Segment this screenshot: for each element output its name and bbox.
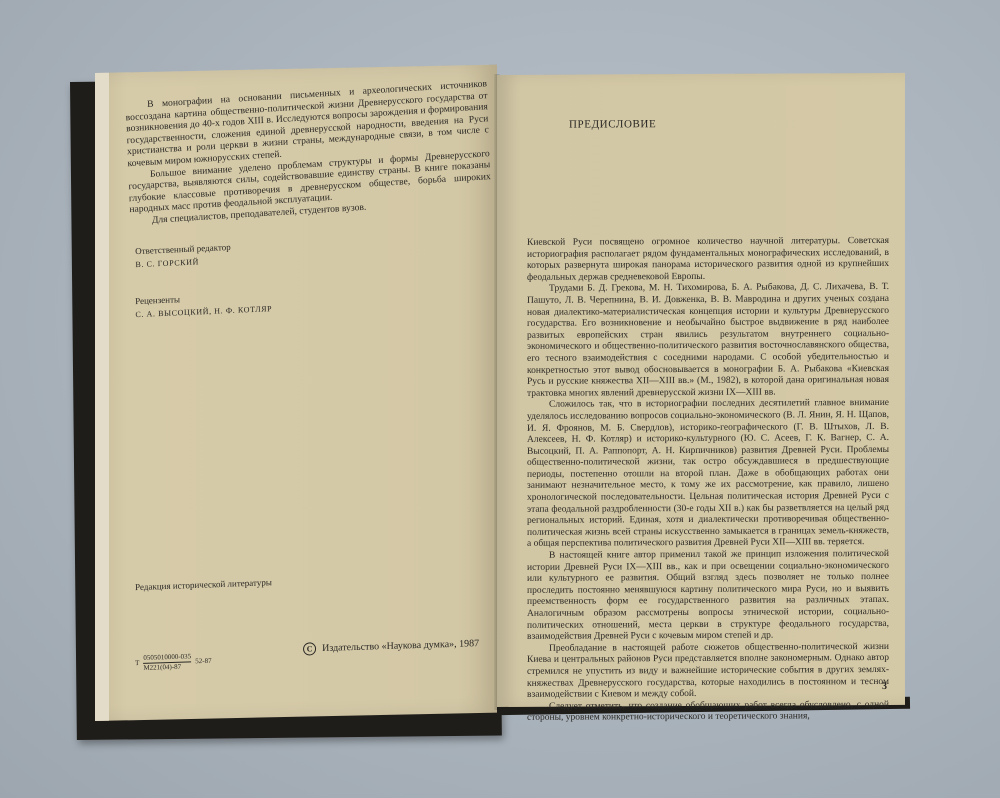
right-page: ПРЕДИСЛОВИЕ Киевской Руси посвящено огро…	[497, 73, 905, 707]
page-title: ПРЕДИСЛОВИЕ	[569, 118, 656, 130]
code-suffix: 52-87	[195, 657, 211, 666]
copyright-line: C Издательство «Наукова думка», 1987	[303, 637, 479, 656]
preface-paragraph: Киевской Руси посвящено огромное количес…	[527, 236, 889, 284]
copyright-text: Издательство «Наукова думка», 1987	[322, 638, 479, 654]
preface-paragraph: Преобладание в настоящей работе сюжетов …	[527, 642, 889, 702]
page-number: 3	[882, 681, 887, 692]
editor-name: В. С. ГОРСКИЙ	[135, 254, 231, 272]
left-page: В монографии на основании письменных и а…	[95, 65, 497, 721]
reviewers-block: Рецензенты С. А. ВЫСОЦКИЙ, Н. Ф. КОТЛЯР	[135, 288, 272, 322]
code-fraction: 0505010000-035 М221(04)-87	[143, 652, 191, 671]
preface-paragraph: Следует отметить, что создание обобщающи…	[527, 700, 889, 725]
preface-paragraph: Сложилось так, что в историографии после…	[527, 398, 889, 551]
code-denominator: М221(04)-87	[143, 662, 191, 672]
copyright-icon: C	[303, 642, 316, 655]
preface-body: Киевской Руси посвящено огромное количес…	[527, 236, 889, 725]
editor-block: Ответственный редактор В. С. ГОРСКИЙ	[135, 240, 231, 272]
code-prefix: Т	[135, 659, 139, 667]
abstract: В монографии на основании письменных и а…	[125, 78, 492, 227]
preface-paragraph: Трудами Б. Д. Грекова, М. Н. Тихомирова,…	[527, 282, 889, 400]
catalog-codes: Т 0505010000-035 М221(04)-87 52-87	[135, 652, 212, 672]
redaction-line: Редакция исторической литературы	[135, 577, 272, 592]
preface-paragraph: В настоящей книге автор применил такой ж…	[527, 549, 889, 644]
